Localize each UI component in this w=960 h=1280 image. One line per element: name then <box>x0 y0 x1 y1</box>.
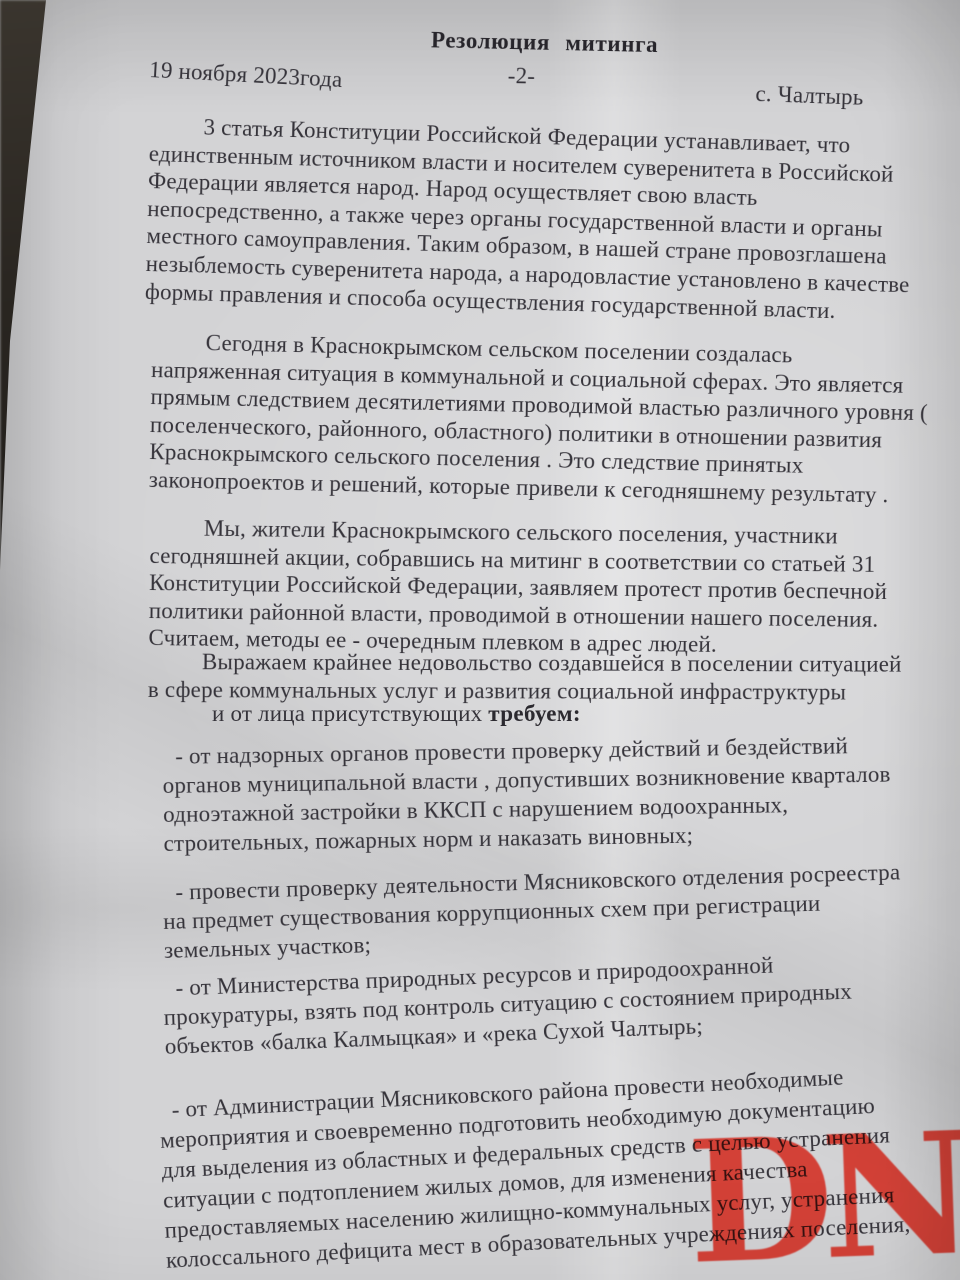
paragraph-protest: Мы, жители Краснокрымского сельского пос… <box>148 514 888 661</box>
page-number: -2- <box>508 62 536 90</box>
document-place: с. Чалтырь <box>755 80 864 111</box>
paragraph-constitution: 3 статья Конституции Российской Федераци… <box>145 112 914 326</box>
paragraph-situation: Сегодня в Краснокрымском сельском поселе… <box>149 328 930 510</box>
text-line: Выражаем крайнее недовольство создавшейс… <box>148 648 902 678</box>
demands-intro-text: и от лица присутствующих <box>212 701 488 726</box>
photo-of-document: Резолюция митинга 19 ноября 2023года -2-… <box>0 0 960 1280</box>
dn-watermark-logo: DN <box>685 1113 960 1280</box>
paragraph-dissatisfaction: Выражаем крайнее недовольство создавшейс… <box>148 648 902 706</box>
demands-intro-bold: требуем: <box>488 701 581 726</box>
demand-item-oversight: - от надзорных органов провести проверку… <box>162 731 892 858</box>
demands-intro: и от лица присутствующих требуем: <box>212 700 581 728</box>
